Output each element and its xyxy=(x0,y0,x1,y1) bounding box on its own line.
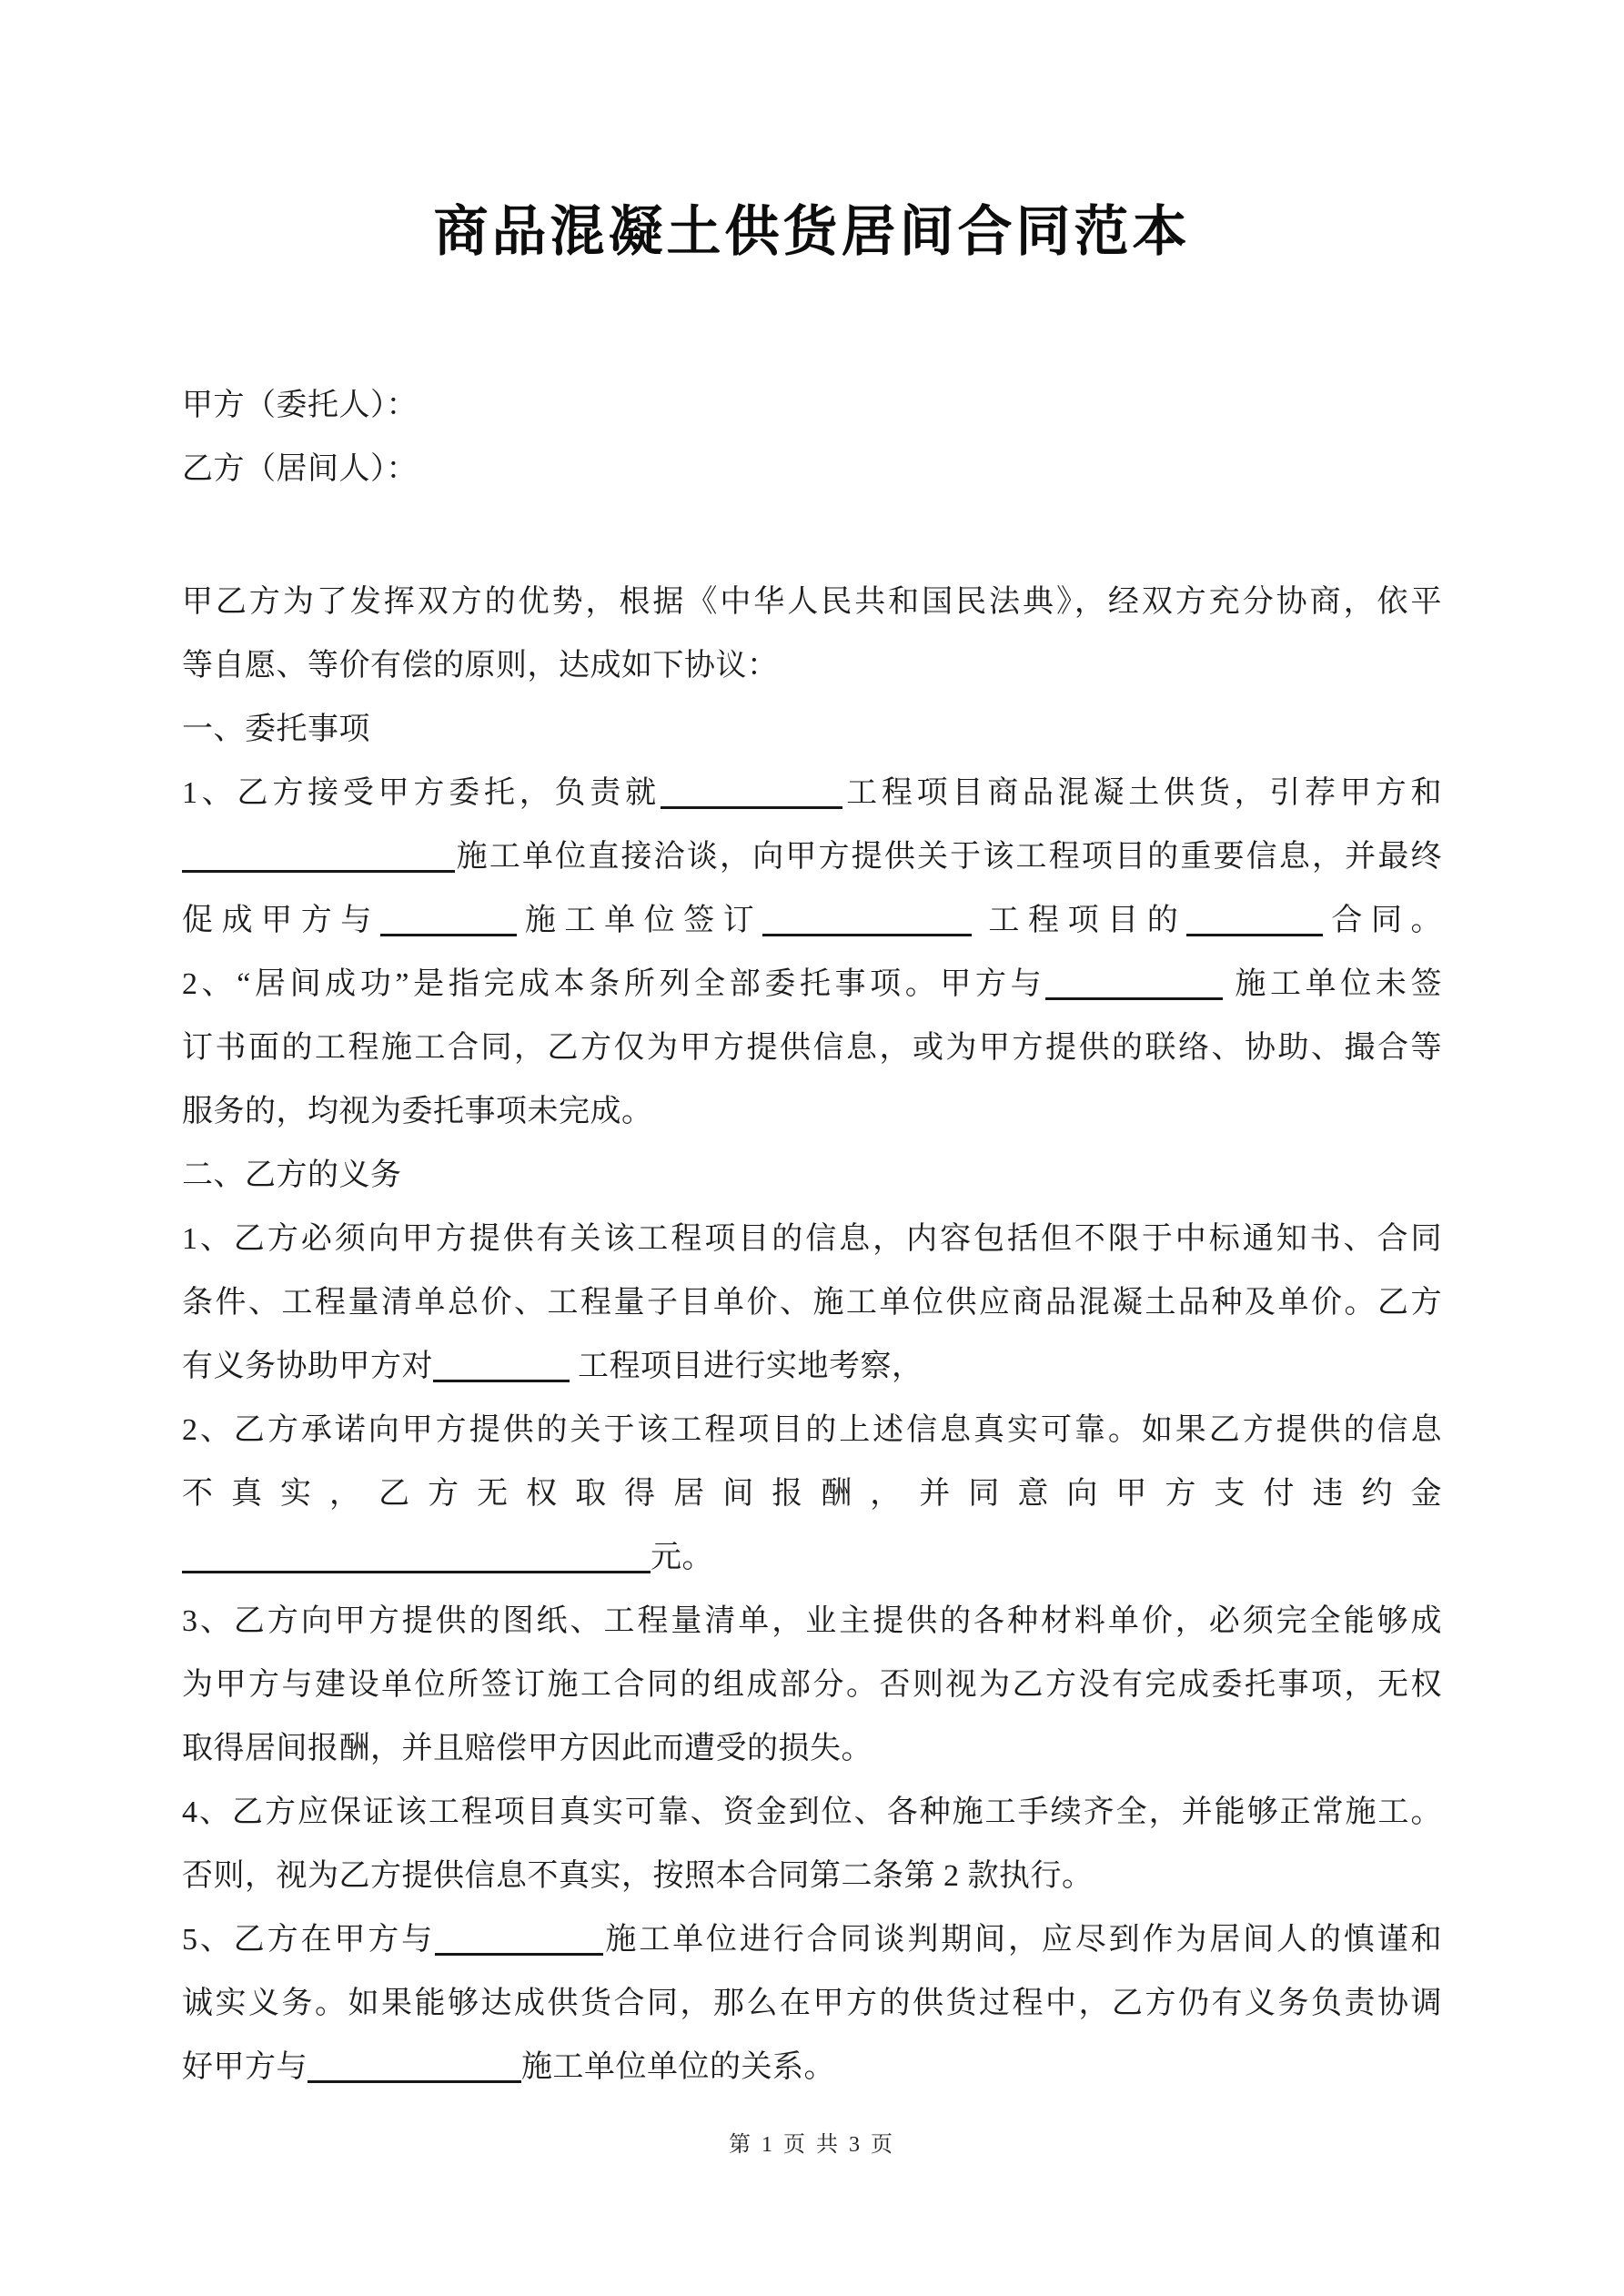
text-line: 3、乙方向甲方提供的图纸、工程量清单，业主提供的各种材料单价，必须完全能够成 xyxy=(182,1590,1442,1654)
text-run: 合同。 xyxy=(1323,904,1442,937)
text-line: 元。 xyxy=(182,1526,1442,1590)
text-run: 等自愿、等价有偿的原则，达成如下协议： xyxy=(182,649,779,683)
page-number-footer: 第 1 页 共 3 页 xyxy=(0,2126,1624,2158)
party-b-line: 乙方（居间人）： xyxy=(182,438,1442,501)
text-line: 施工单位直接洽谈，向甲方提供关于该工程项目的重要信息，并最终 xyxy=(182,825,1442,889)
text-run: 元。 xyxy=(651,1541,713,1574)
text-run: 工程项目的 xyxy=(972,904,1186,937)
text-line: 1、乙方必须向甲方提供有关该工程项目的信息，内容包括但不限于中标通知书、合同 xyxy=(182,1208,1442,1271)
text-line: 有义务协助甲方对 工程项目进行实地考察， xyxy=(182,1335,1442,1399)
text-line: 甲乙方为了发挥双方的优势，根据《中华人民共和国民法典》，经双方充分协商，依平 xyxy=(182,571,1442,634)
text-line: 诚实义务。如果能够达成供货合同，那么在甲方的供货过程中，乙方仍有义务负责协调 xyxy=(182,1972,1442,2036)
text-line: 1、乙方接受甲方委托，负责就工程项目商品混凝土供货，引荐甲方和 xyxy=(182,762,1442,825)
text-line: 2、乙方承诺向甲方提供的关于该工程项目的上述信息真实可靠。如果乙方提供的信息 xyxy=(182,1399,1442,1462)
text-line: 为甲方与建设单位所签订施工合同的组成部分。否则视为乙方没有完成委托事项，无权 xyxy=(182,1654,1442,1717)
text-run: 工程项目进行实地考察， xyxy=(570,1350,923,1383)
text-run: 1、乙方必须向甲方提供有关该工程项目的信息，内容包括但不限于中标通知书、合同 xyxy=(182,1222,1442,1256)
text-run: 2、“居间成功”是指完成本条所列全部委托事项。甲方与 xyxy=(182,967,1045,1001)
text-line: 取得居间报酬，并且赔偿甲方因此而遭受的损失。 xyxy=(182,1717,1442,1781)
text-run: 施工单位进行合同谈判期间，应尽到作为居间人的慎谨和 xyxy=(603,1923,1442,1957)
text-line: 订书面的工程施工合同，乙方仅为甲方提供信息，或为甲方提供的联络、协助、撮合等 xyxy=(182,1017,1442,1080)
text-run: 条件、工程量清单总价、工程量子目单价、施工单位供应商品混凝土品种及单价。乙方 xyxy=(182,1286,1442,1320)
text-run: 好甲方与 xyxy=(182,2050,308,2084)
text-run: 3、乙方向甲方提供的图纸、工程量清单，业主提供的各种材料单价，必须完全能够成 xyxy=(182,1604,1442,1638)
text-run: 1、乙方接受甲方委托，负责就 xyxy=(182,776,661,810)
fill-in-blank xyxy=(182,1571,651,1573)
text-run: 施工单位签订 xyxy=(517,904,763,937)
fill-in-blank xyxy=(380,934,517,936)
party-a-line: 甲方（委托人）： xyxy=(182,374,1442,438)
text-line: 好甲方与施工单位单位的关系。 xyxy=(182,2036,1442,2099)
text-run: 施工单位直接洽谈，向甲方提供关于该工程项目的重要信息，并最终 xyxy=(455,840,1442,874)
section-2-heading: 二、乙方的义务 xyxy=(182,1144,1442,1208)
text-run: 乙方（居间人）： xyxy=(182,452,418,486)
fill-in-blank xyxy=(1186,934,1323,936)
document-title: 商品混凝土供货居间合同范本 xyxy=(182,200,1442,264)
text-line: 4、乙方应保证该工程项目真实可靠、资金到位、各种施工手续齐全，并能够正常施工。 xyxy=(182,1781,1442,1845)
fill-in-blank xyxy=(1045,997,1223,1000)
text-run: 取得居间报酬，并且赔偿甲方因此而遭受的损失。 xyxy=(182,1732,873,1765)
text-run: 2、乙方承诺向甲方提供的关于该工程项目的上述信息真实可靠。如果乙方提供的信息 xyxy=(182,1413,1442,1447)
fill-in-blank xyxy=(182,870,455,873)
text-run: 一、委托事项 xyxy=(182,713,370,746)
text-run: 二、乙方的义务 xyxy=(182,1158,402,1192)
text-run: 5、乙方在甲方与 xyxy=(182,1923,435,1957)
fill-in-blank xyxy=(435,1953,603,1956)
text-run: 诚实义务。如果能够达成供货合同，那么在甲方的供货过程中，乙方仍有义务负责协调 xyxy=(182,1987,1442,2020)
text-line: 条件、工程量清单总价、工程量子目单价、施工单位供应商品混凝土品种及单价。乙方 xyxy=(182,1271,1442,1335)
text-run: 甲乙方为了发挥双方的优势，根据《中华人民共和国民法典》，经双方充分协商，依平 xyxy=(182,585,1442,619)
text-line: 5、乙方在甲方与施工单位进行合同谈判期间，应尽到作为居间人的慎谨和 xyxy=(182,1908,1442,1972)
fill-in-blank xyxy=(762,934,972,936)
text-line: 2、“居间成功”是指完成本条所列全部委托事项。甲方与 施工单位未签 xyxy=(182,953,1442,1017)
document-body: 甲方（委托人）：乙方（居间人）：甲乙方为了发挥双方的优势，根据《中华人民共和国民… xyxy=(182,374,1442,2099)
document-page: 商品混凝土供货居间合同范本 甲方（委托人）：乙方（居间人）：甲乙方为了发挥双方的… xyxy=(0,0,1624,2296)
text-run: 否则，视为乙方提供信息不真实，按照本合同第二条第 2 款执行。 xyxy=(182,1859,1094,1893)
text-run: 订书面的工程施工合同，乙方仅为甲方提供信息，或为甲方提供的联络、协助、撮合等 xyxy=(182,1031,1442,1065)
text-run: 施工单位单位的关系。 xyxy=(521,2050,835,2084)
text-run: 服务的，均视为委托事项未完成。 xyxy=(182,1095,653,1128)
text-run: 有义务协助甲方对 xyxy=(182,1350,433,1383)
text-run: 施工单位未签 xyxy=(1223,967,1442,1001)
fill-in-blank xyxy=(661,806,842,809)
text-run: 促成甲方与 xyxy=(182,904,380,937)
text-run: 不真实，乙方无权取得居间报酬，并同意向甲方支付违约金 xyxy=(182,1477,1442,1511)
section-1-heading: 一、委托事项 xyxy=(182,698,1442,762)
text-line: 促成甲方与施工单位签订 工程项目的合同。 xyxy=(182,889,1442,953)
fill-in-blank xyxy=(308,2080,521,2083)
text-line: 服务的，均视为委托事项未完成。 xyxy=(182,1080,1442,1144)
text-run: 为甲方与建设单位所签订施工合同的组成部分。否则视为乙方没有完成委托事项，无权 xyxy=(182,1668,1442,1702)
text-line: 等自愿、等价有偿的原则，达成如下协议： xyxy=(182,634,1442,698)
fill-in-blank xyxy=(433,1380,570,1382)
text-run: 工程项目商品混凝土供货，引荐甲方和 xyxy=(842,776,1442,810)
text-run: 甲方（委托人）： xyxy=(182,389,418,422)
text-line: 否则，视为乙方提供信息不真实，按照本合同第二条第 2 款执行。 xyxy=(182,1845,1442,1908)
text-line: 不真实，乙方无权取得居间报酬，并同意向甲方支付违约金 xyxy=(182,1462,1442,1526)
text-run: 4、乙方应保证该工程项目真实可靠、资金到位、各种施工手续齐全，并能够正常施工。 xyxy=(182,1795,1442,1829)
